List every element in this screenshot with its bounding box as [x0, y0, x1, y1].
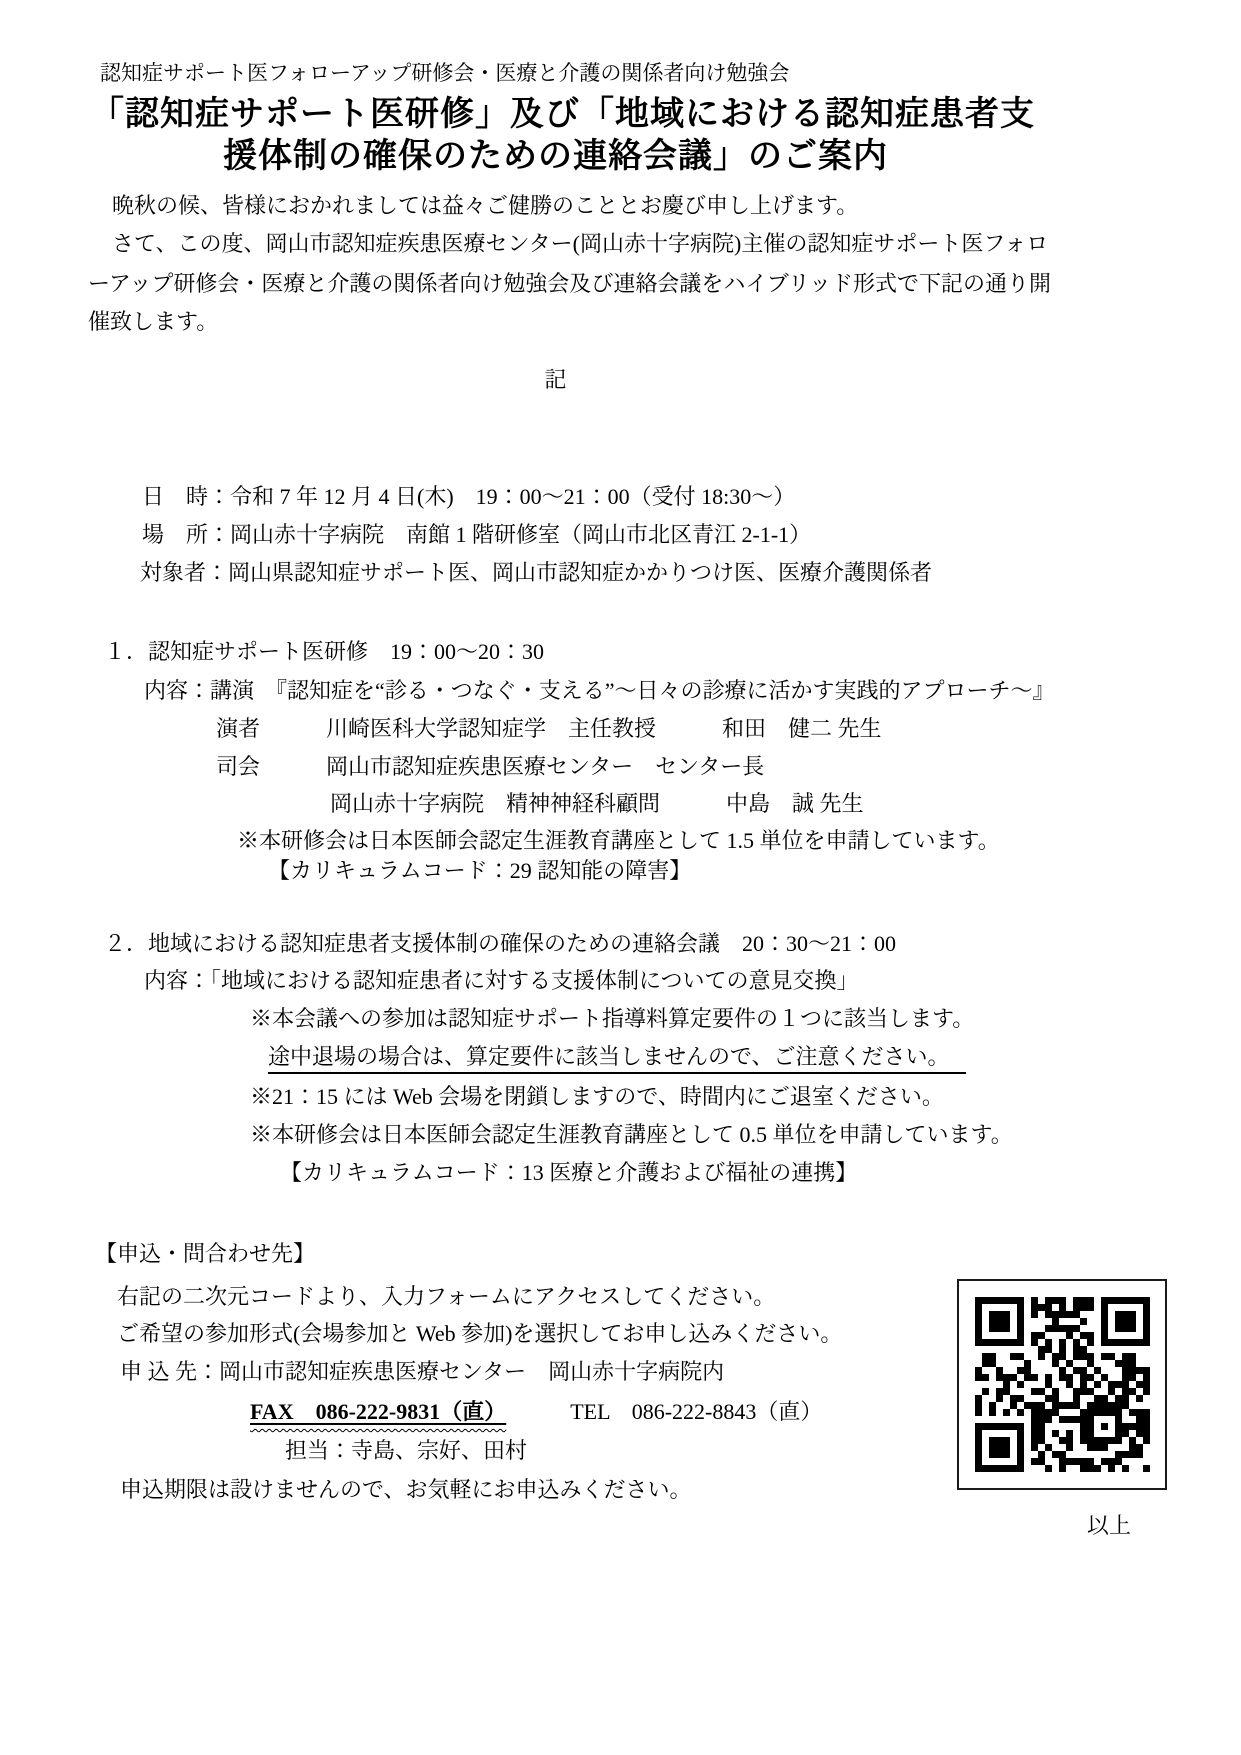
- contact-staff: 担当：寺島、宗好、田村: [285, 1437, 527, 1466]
- contact-deadline: 申込期限は設けませんので、お気軽にお申込みください。: [120, 1476, 692, 1505]
- tel-number: TEL 086-222-8843（直）: [570, 1399, 822, 1424]
- contact-line-2: ご希望の参加形式(会場参加と Web 参加)を選択してお申し込みください。: [117, 1320, 842, 1349]
- document-supertitle: 認知症サポート医フォローアップ研修会・医療と介護の関係者向け勉強会: [100, 60, 789, 87]
- qr-code-image: [975, 1297, 1150, 1472]
- section2-note-1: ※本会議への参加は認知症サポート指導料算定要件の１つに該当します。: [250, 1005, 974, 1034]
- closing-marker: 以上: [90, 1512, 1131, 1541]
- section2-curriculum-code: 【カリキュラムコード：13 医療と介護および福祉の連携】: [280, 1159, 857, 1188]
- detail-audience: 対象者：岡山県認知症サポート医、岡山市認知症かかりつけ医、医療介護関係者: [140, 559, 932, 588]
- intro-line-3: 催致します。: [88, 308, 218, 337]
- section1-moderator: 司会 岡山市認知症疾患医療センター センター長: [216, 753, 764, 782]
- section2-heading: ２．地域における認知症患者支援体制の確保のための連絡会議 20：30～21：00: [104, 930, 896, 959]
- section1-content: 内容：講演 『認知症を“診る・つなぐ・支える”～日々の診療に活かす実践的アプロー…: [144, 677, 1055, 706]
- section1-speaker: 演者 川崎医科大学認知症学 主任教授 和田 健二 先生: [216, 715, 882, 744]
- section1-note: ※本研修会は日本医師会認定生涯教育講座として 1.5 単位を申請しています。: [237, 827, 1000, 856]
- intro-line-1: さて、この度、岡山市認知症疾患医療センター(岡山赤十字病院)主催の認知症サポート…: [112, 230, 1048, 259]
- fax-number: FAX 086-222-9831（直）: [250, 1399, 506, 1424]
- record-marker: 記: [90, 366, 1021, 395]
- section2-content: 内容：「地域における認知症患者に対する支援体制についての意見交換」: [144, 967, 859, 996]
- contact-line-1: 右記の二次元コードより、入力フォームにアクセスしてください。: [117, 1283, 775, 1312]
- document-page: 認知症サポート医フォローアップ研修会・医療と介護の関係者向け勉強会 「認知症サポ…: [0, 0, 1241, 1755]
- section2-note-2-underlined: 途中退場の場合は、算定要件に該当しませんので、ご注意ください。: [268, 1044, 966, 1074]
- greeting-line: 晩秋の候、皆様におかれましては益々ご健勝のこととお慶び申し上げます。: [112, 192, 858, 221]
- section1-heading: １．認知症サポート医研修 19：00～20：30: [104, 638, 544, 667]
- section2-note-3: ※21：15 には Web 会場を閉鎖しますので、時間内にご退室ください。: [250, 1083, 944, 1112]
- section1-curriculum-code: 【カリキュラムコード：29 認知能の障害】: [268, 857, 691, 886]
- qr-code: [957, 1279, 1167, 1490]
- section2-note-4: ※本研修会は日本医師会認定生涯教育講座として 0.5 単位を申請しています。: [250, 1121, 1013, 1150]
- fax-number-decoration: FAX 086-222-9831（直）: [250, 1399, 506, 1424]
- detail-place: 場 所：岡山赤十字病院 南館 1 階研修室（岡山市北区青江 2-1-1）: [142, 521, 811, 550]
- section2-note-2-wrap: 途中退場の場合は、算定要件に該当しませんので、ご注意ください。: [268, 1043, 966, 1072]
- detail-datetime: 日 時：令和 7 年 12 月 4 日(木) 19：00～21：00（受付 18…: [142, 483, 795, 512]
- contact-line-3: 申 込 先：岡山市認知症疾患医療センター 岡山赤十字病院内: [120, 1358, 724, 1387]
- section1-moderator-line2: 岡山赤十字病院 精神神経科顧問 中島 誠 先生: [330, 790, 864, 819]
- document-title-line2: 援体制の確保のための連絡会議」のご案内: [90, 128, 1021, 177]
- contact-heading: 【申込・問合わせ先】: [95, 1240, 315, 1269]
- contact-fax-tel-line: FAX 086-222-9831（直）TEL 086-222-8843（直）: [250, 1398, 822, 1427]
- intro-line-2: ーアップ研修会・医療と介護の関係者向け勉強会及び連絡会議をハイブリッド形式で下記…: [88, 270, 1051, 299]
